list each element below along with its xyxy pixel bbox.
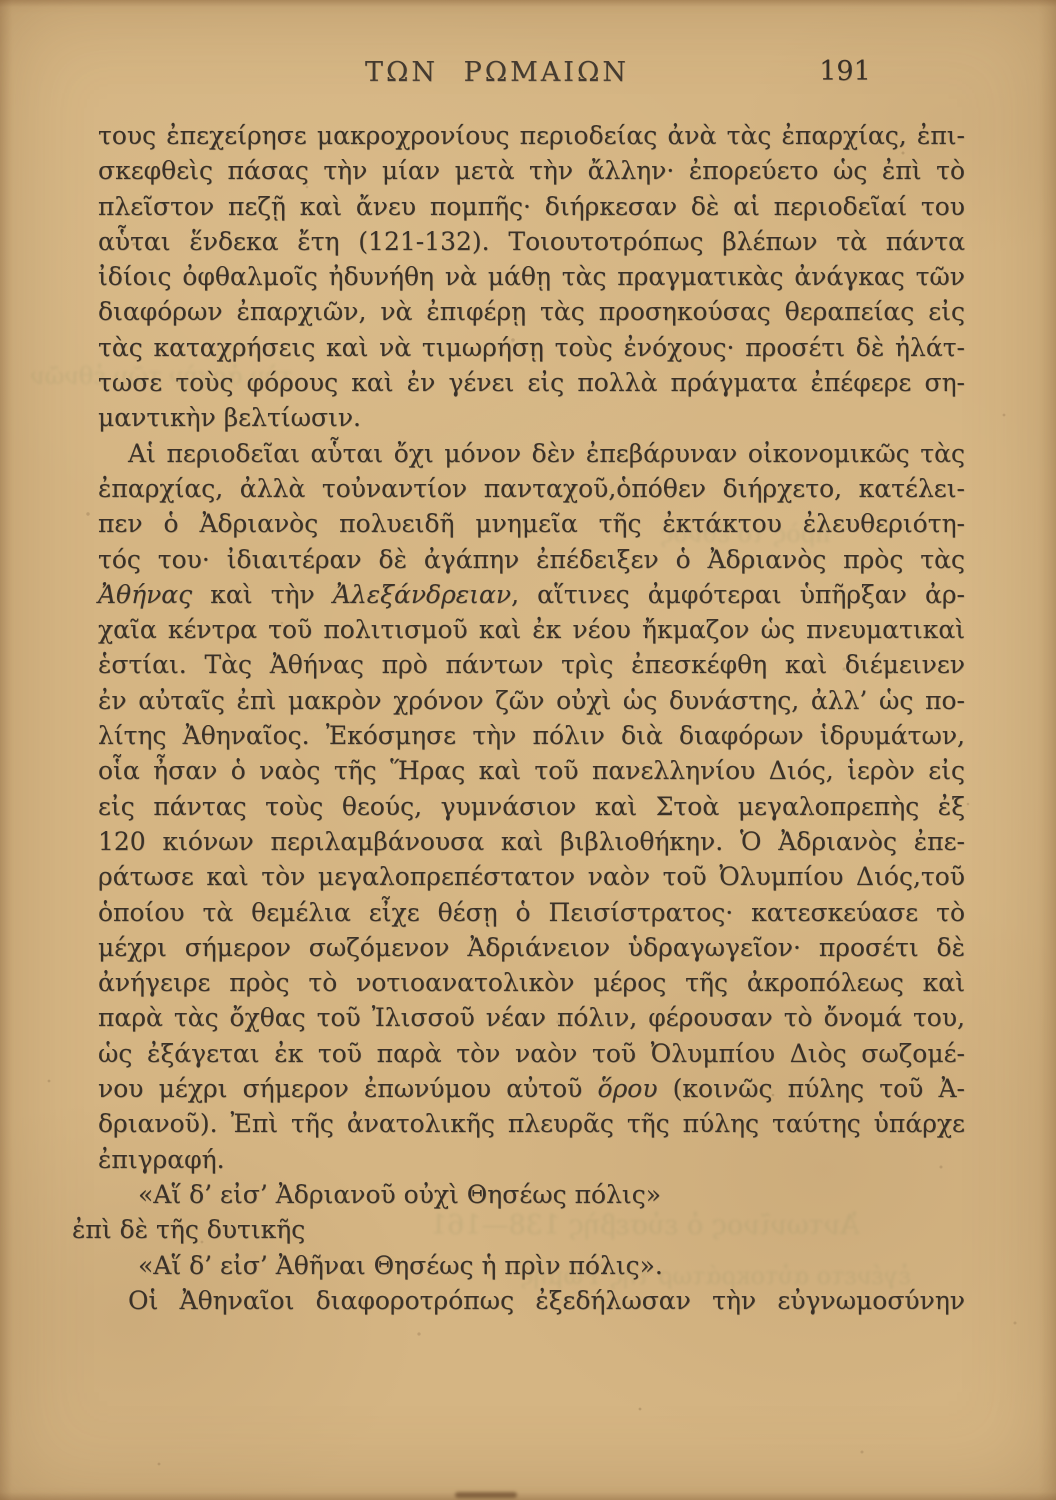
text-line: ὡς ἐξάγεται ἐκ τοῦ παρὰ τὸν ναὸν τοῦ Ὀλυ…: [98, 1036, 965, 1071]
italic-text: ὅρου: [598, 1074, 658, 1103]
text-line: ἑστίαι. Τὰς Ἀθήνας πρὸ πάντων τρὶς ἐπεσκ…: [98, 647, 965, 682]
text-segment: δριανοῦ). Ἐπὶ τῆς ἀνατολικῆς πλευρᾶς τῆς…: [98, 1109, 965, 1138]
text-segment: εἰς πάντας τοὺς θεούς, γυμνάσιον καὶ Στο…: [98, 792, 965, 821]
text-segment: ἐν αὐταῖς ἐπὶ μακρὸν χρόνον ζῶν οὐχὶ ὡς …: [98, 686, 965, 715]
text-line: ἀνήγειρε πρὸς τὸ νοτιοανατολικὸν μέρος τ…: [98, 965, 965, 1000]
text-segment: χαῖα κέντρα τοῦ πολιτισμοῦ καὶ ἐκ νέου ἤ…: [98, 615, 965, 644]
text-segment: ἐπαρχίας, ἀλλὰ τοὐναντίον πανταχοῦ,ὁπόθε…: [98, 474, 965, 503]
text-segment: ἀνήγειρε πρὸς τὸ νοτιοανατολικὸν μέρος τ…: [98, 968, 965, 997]
text-segment: ράτωσε καὶ τὸν μεγαλοπρεπέστατον ναὸν το…: [98, 862, 965, 891]
text-segment: ὡς ἐξάγεται ἐκ τοῦ παρὰ τὸν ναὸν τοῦ Ὀλυ…: [98, 1039, 965, 1068]
text-line: λίτης Ἀθηναῖος. Ἐκόσμησε τὴν πόλιν διὰ δ…: [98, 718, 965, 753]
text-line: ἐπὶ δὲ τῆς δυτικῆς: [72, 1212, 965, 1247]
text-segment: σκεφθεὶς πάσας τὴν μίαν μετὰ τὴν ἄλλην· …: [98, 156, 965, 185]
text-segment: (κοινῶς πύλης τοῦ Ἀ-: [658, 1074, 965, 1103]
text-line: σκεφθεὶς πάσας τὴν μίαν μετὰ τὴν ἄλλην· …: [98, 153, 965, 188]
text-block: τους ἐπεχείρησε μακροχρονίους περιοδείας…: [98, 118, 965, 1318]
italic-text: Ἀθήνας: [98, 580, 192, 609]
page-number: 191: [819, 56, 871, 87]
text-segment: , αἵτινες ἀμφότεραι ὑπῆρξαν ἀρ-: [511, 580, 965, 609]
text-segment: τός του· ἰδιαιτέραν δὲ ἀγάπην ἐπέδειξεν …: [98, 545, 965, 574]
text-line: δριανοῦ). Ἐπὶ τῆς ἀνατολικῆς πλευρᾶς τῆς…: [98, 1106, 965, 1141]
text-segment: οἷα ἦσαν ὁ ναὸς τῆς Ἥρας καὶ τοῦ πανελλη…: [98, 756, 965, 785]
text-line: Αἱ περιοδεῖαι αὗται ὄχι μόνον δὲν ἐπεβάρ…: [98, 436, 965, 471]
text-segment: διαφόρων ἐπαρχιῶν, νὰ ἐπιφέρῃ τὰς προσηκ…: [98, 297, 965, 326]
bottom-edge-stain: [455, 1492, 517, 1498]
text-line: νου μέχρι σήμερον ἐπωνύμου αὐτοῦ ὅρου (κ…: [98, 1071, 965, 1106]
text-segment: ὁποίου τὰ θεμέλια εἶχε θέσῃ ὁ Πεισίστρατ…: [98, 898, 965, 927]
text-segment: λίτης Ἀθηναῖος. Ἐκόσμησε τὴν πόλιν διὰ δ…: [98, 721, 965, 750]
text-line: ράτωσε καὶ τὸν μεγαλοπρεπέστατον ναὸν το…: [98, 859, 965, 894]
text-line: ἐπιγραφή.: [98, 1142, 965, 1177]
text-segment: παρὰ τὰς ὄχθας τοῦ Ἰλισσοῦ νέαν πόλιν, φ…: [98, 1003, 965, 1032]
text-line: Οἱ Ἀθηναῖοι διαφοροτρόπως ἐξεδήλωσαν τὴν…: [98, 1283, 965, 1318]
text-segment: πλεῖστον πεζῇ καὶ ἄνευ πομπῆς· διήρκεσαν…: [98, 192, 965, 221]
text-line: 120 κιόνων περιλαμβάνουσα καὶ βιβλιοθήκη…: [98, 824, 965, 859]
text-line: ἐπαρχίας, ἀλλὰ τοὐναντίον πανταχοῦ,ὁπόθε…: [98, 471, 965, 506]
running-title: ΤΩΝ ΡΩΜΑΙΩΝ: [365, 57, 629, 88]
text-line: τους ἐπεχείρησε μακροχρονίους περιοδείας…: [98, 118, 965, 153]
text-segment: πεν ὁ Ἀδριανὸς πολυειδῆ μνημεῖα τῆς ἐκτά…: [98, 509, 965, 538]
text-line: Ἀθήνας καὶ τὴν Ἀλεξάνδρειαν, αἵτινες ἀμφ…: [98, 577, 965, 612]
text-line: ἰδίοις ὀφθαλμοῖς ἠδυνήθη νὰ μάθῃ τὰς πρα…: [98, 259, 965, 294]
text-line: τωσε τοὺς φόρους καὶ ἐν γένει εἰς πολλὰ …: [98, 365, 965, 400]
text-segment: νου μέχρι σήμερον ἐπωνύμου αὐτοῦ: [98, 1074, 598, 1103]
text-segment: 120 κιόνων περιλαμβάνουσα καὶ βιβλιοθήκη…: [98, 827, 965, 856]
text-segment: ἐπιγραφή.: [98, 1145, 225, 1174]
text-line: διαφόρων ἐπαρχιῶν, νὰ ἐπιφέρῃ τὰς προσηκ…: [98, 294, 965, 329]
text-segment: ἰδίοις ὀφθαλμοῖς ἠδυνήθη νὰ μάθῃ τὰς πρα…: [98, 262, 965, 291]
text-line: εἰς πάντας τοὺς θεούς, γυμνάσιον καὶ Στο…: [98, 789, 965, 824]
text-segment: καὶ τὴν: [192, 580, 333, 609]
text-segment: ἑστίαι. Τὰς Ἀθήνας πρὸ πάντων τρὶς ἐπεσκ…: [98, 650, 965, 679]
text-line: τὰς καταχρήσεις καὶ νὰ τιμωρήσῃ τοὺς ἐνό…: [98, 330, 965, 365]
text-segment: «Αἵ δ’ εἰσ’ Ἀθῆναι Θησέως ἡ πρὶν πόλις».: [138, 1251, 663, 1280]
paper-speckles: [0, 0, 2, 2]
text-segment: τὰς καταχρήσεις καὶ νὰ τιμωρήσῃ τοὺς ἐνό…: [98, 333, 965, 362]
text-line: «Αἵ δ’ εἰσ’ Ἀθῆναι Θησέως ἡ πρὶν πόλις».: [98, 1248, 965, 1283]
text-segment: Αἱ περιοδεῖαι αὗται ὄχι μόνον δὲν ἐπεβάρ…: [128, 439, 965, 468]
text-segment: τους ἐπεχείρησε μακροχρονίους περιοδείας…: [98, 121, 965, 150]
text-line: «Αἵ δ’ εἰσ’ Ἀδριανοῦ οὐχὶ Θησέως πόλις»: [98, 1177, 965, 1212]
text-line: πλεῖστον πεζῇ καὶ ἄνευ πομπῆς· διήρκεσαν…: [98, 189, 965, 224]
text-segment: ἐπὶ δὲ τῆς δυτικῆς: [72, 1215, 305, 1244]
text-segment: τωσε τοὺς φόρους καὶ ἐν γένει εἰς πολλὰ …: [98, 368, 965, 397]
text-segment: μαντικὴν βελτίωσιν.: [98, 403, 361, 432]
text-segment: αὗται ἕνδεκα ἔτη (121-132). Τοιουτοτρόπω…: [98, 227, 965, 256]
text-line: αὗται ἕνδεκα ἔτη (121-132). Τοιουτοτρόπω…: [98, 224, 965, 259]
text-line: χαῖα κέντρα τοῦ πολιτισμοῦ καὶ ἐκ νέου ἤ…: [98, 612, 965, 647]
text-line: μαντικὴν βελτίωσιν.: [98, 400, 965, 435]
text-line: ἐν αὐταῖς ἐπὶ μακρὸν χρόνον ζῶν οὐχὶ ὡς …: [98, 683, 965, 718]
text-line: τός του· ἰδιαιτέραν δὲ ἀγάπην ἐπέδειξεν …: [98, 542, 965, 577]
text-line: πεν ὁ Ἀδριανὸς πολυειδῆ μνημεῖα τῆς ἐκτά…: [98, 506, 965, 541]
italic-text: Ἀλεξάνδρειαν: [333, 580, 511, 609]
scanned-book-page: Ἀντωνῖνος ὁ εὐσεβὴς 138—161ἐγένετο αὐτοκ…: [0, 0, 1056, 1500]
text-segment: μέχρι σήμερον σωζόμενον Ἀδριάνειον ὑδραγ…: [98, 933, 965, 962]
text-line: παρὰ τὰς ὄχθας τοῦ Ἰλισσοῦ νέαν πόλιν, φ…: [98, 1000, 965, 1035]
text-line: οἷα ἦσαν ὁ ναὸς τῆς Ἥρας καὶ τοῦ πανελλη…: [98, 753, 965, 788]
text-segment: Οἱ Ἀθηναῖοι διαφοροτρόπως ἐξεδήλωσαν τὴν…: [128, 1286, 965, 1315]
text-line: μέχρι σήμερον σωζόμενον Ἀδριάνειον ὑδραγ…: [98, 930, 965, 965]
text-segment: «Αἵ δ’ εἰσ’ Ἀδριανοῦ οὐχὶ Θησέως πόλις»: [138, 1180, 661, 1209]
text-line: ὁποίου τὰ θεμέλια εἶχε θέσῃ ὁ Πεισίστρατ…: [98, 895, 965, 930]
